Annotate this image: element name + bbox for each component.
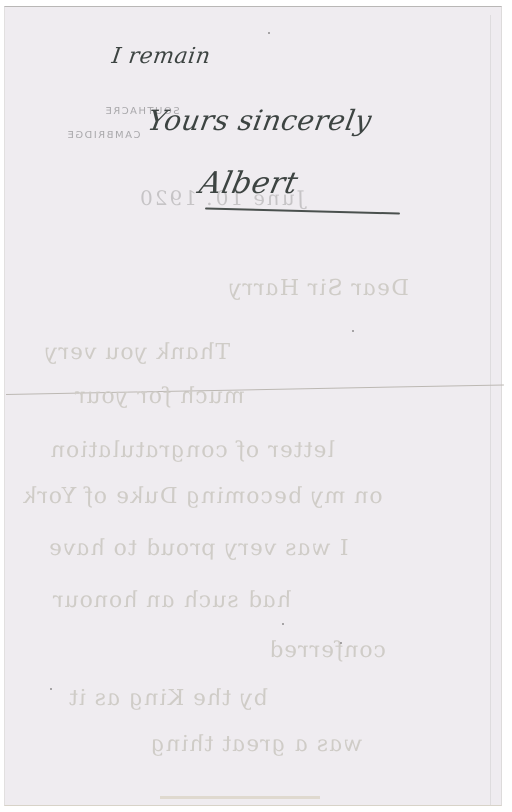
paper-speck	[268, 32, 270, 34]
bleed-through-line: much for your	[71, 384, 247, 409]
signature: Albert	[196, 166, 301, 201]
bleed-through-line: was a great thing	[147, 732, 365, 757]
bleed-through-line: I was very proud to have	[45, 536, 351, 561]
bleed-through-line: letter of congratulation	[47, 438, 337, 463]
closing-line-yours-sincerely: Yours sincerely	[145, 104, 374, 137]
paper-edge-line	[490, 15, 491, 805]
bleed-through-line: had such an honour	[49, 588, 293, 613]
bleed-through-line: conferred	[265, 638, 388, 663]
paper-speck	[282, 623, 284, 625]
paper-speck	[352, 330, 354, 332]
bleed-through-line: by the King as it	[65, 686, 270, 711]
letterhead-address-line2: CAMBRIDGE	[66, 130, 140, 141]
paper-speck	[340, 642, 342, 644]
paper-stain	[160, 796, 320, 799]
bleed-through-line: on my becoming Duke of York	[19, 484, 385, 509]
bleed-through-line: Dear Sir Harry	[225, 276, 411, 301]
bleed-through-line: Thank you very	[41, 340, 232, 365]
closing-line-i-remain: I remain	[110, 44, 212, 69]
paper-speck	[50, 688, 52, 690]
